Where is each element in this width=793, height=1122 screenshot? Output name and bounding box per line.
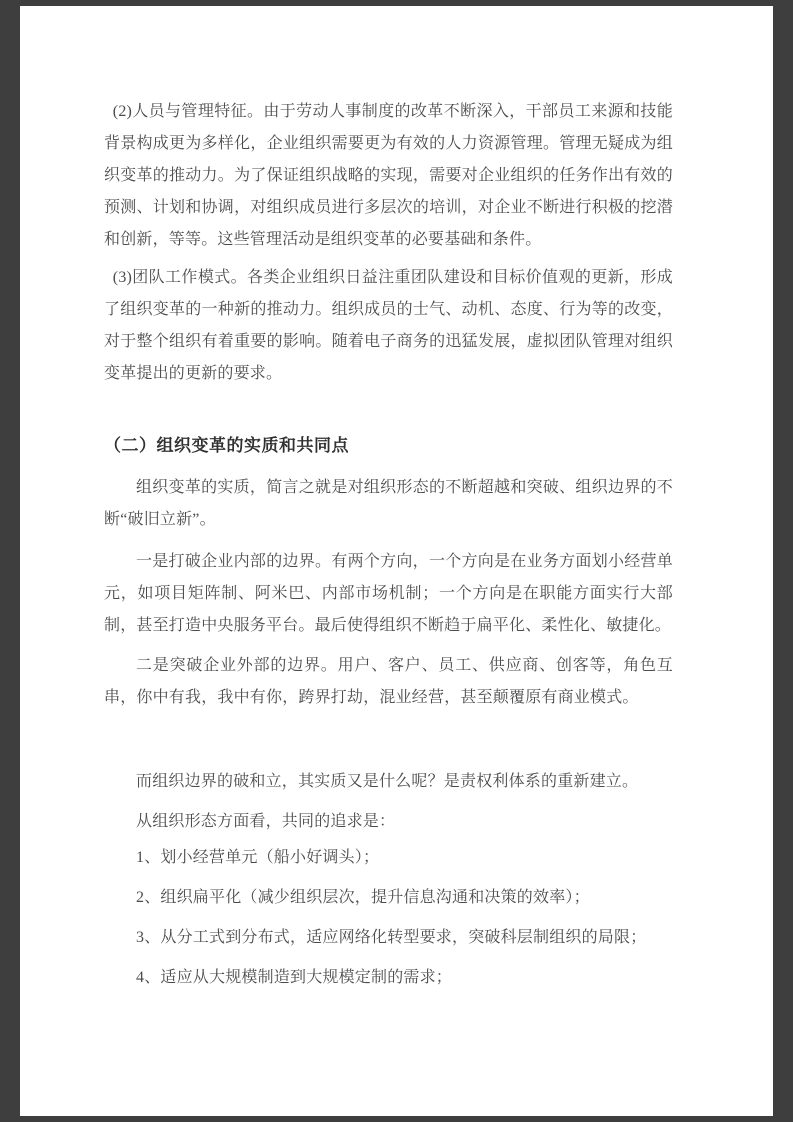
page-content: (2)人员与管理特征。由于劳动人事制度的改革不断深入，干部员工来源和技能背景构成… [20, 6, 773, 994]
document-viewport: (2)人员与管理特征。由于劳动人事制度的改革不断深入，干部员工来源和技能背景构成… [0, 0, 793, 1122]
paragraph-internal-boundary: 一是打破企业内部的边界。有两个方向，一个方向是在业务方面划小经营单元，如项目矩阵… [104, 546, 673, 642]
paragraph-personnel-management: (2)人员与管理特征。由于劳动人事制度的改革不断深入，干部员工来源和技能背景构成… [104, 96, 673, 256]
list-item-1: 1、划小经营单元（船小好调头）； [104, 842, 673, 874]
section-heading-essence-common-points: （二）组织变革的实质和共同点 [104, 430, 673, 462]
paragraph-change-essence: 组织变革的实质，简言之就是对组织形态的不断超越和突破、组织边界的不断“破旧立新”… [104, 472, 673, 536]
paragraph-external-boundary: 二是突破企业外部的边界。用户、客户、员工、供应商、创客等，角色互串，你中有我，我… [104, 650, 673, 714]
list-item-4: 4、适应从大规模制造到大规模定制的需求； [104, 962, 673, 994]
list-item-2: 2、组织扁平化（减少组织层次，提升信息沟通和决策的效率）； [104, 882, 673, 914]
paragraph-team-work-model: (3)团队工作模式。各类企业组织日益注重团队建设和目标价值观的更新，形成了组织变… [104, 262, 673, 390]
list-item-3: 3、从分工式到分布式，适应网络化转型要求，突破科层制组织的局限； [104, 922, 673, 954]
paragraph-boundary-essence-question: 而组织边界的破和立，其实质又是什么呢？是责权利体系的重新建立。 [104, 766, 673, 798]
document-page: (2)人员与管理特征。由于劳动人事制度的改革不断深入，干部员工来源和技能背景构成… [20, 6, 773, 1116]
paragraph-common-pursuit-intro: 从组织形态方面看，共同的追求是： [104, 806, 673, 838]
